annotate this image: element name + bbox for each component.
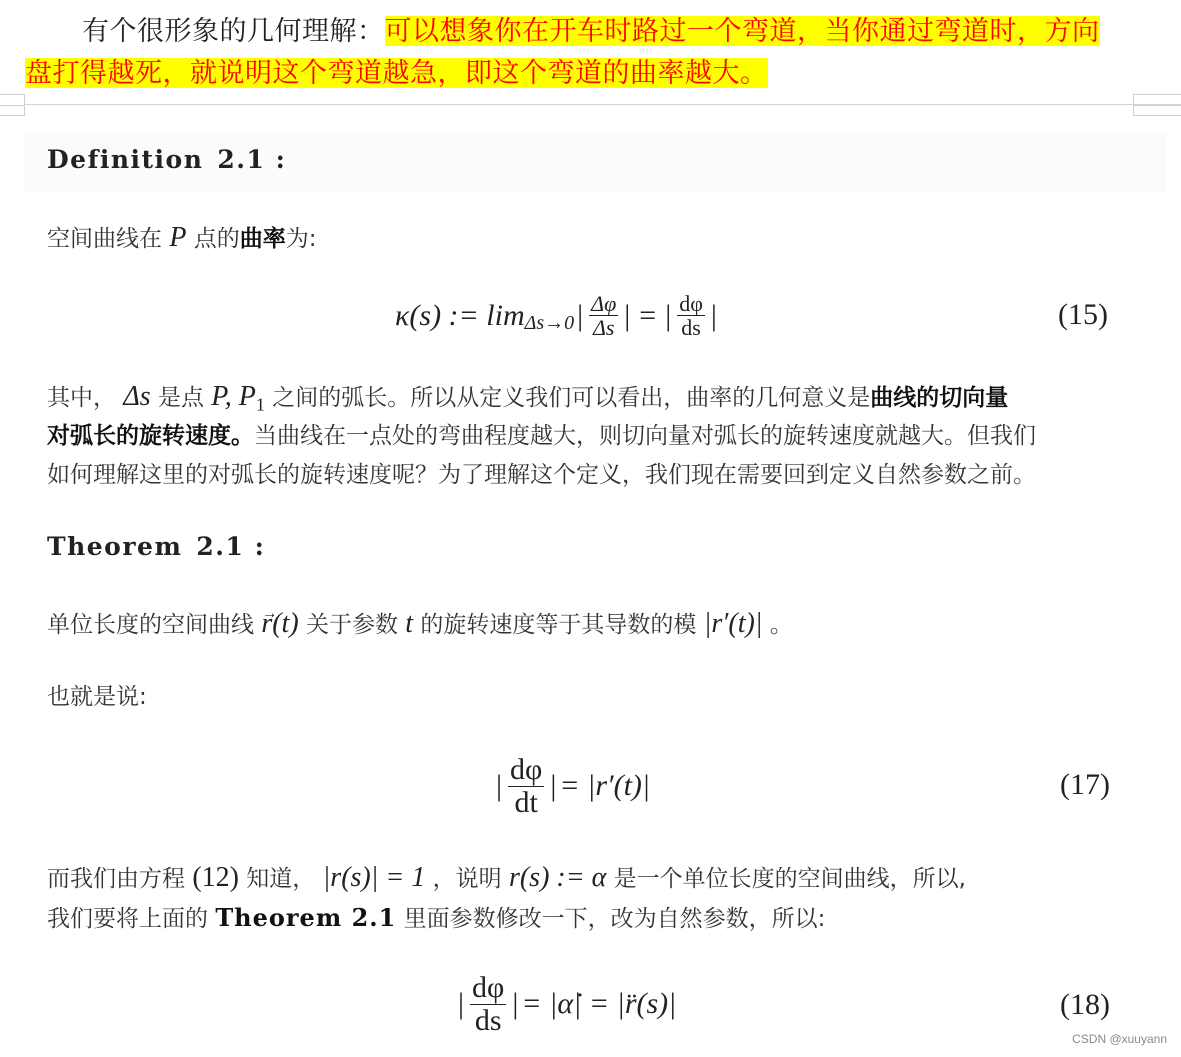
text: 里面参数修改一下，改为自然参数，所以: xyxy=(404,906,826,932)
math-expr: |r(s)| = 1 xyxy=(323,862,426,893)
frac-den: ds xyxy=(679,316,703,339)
equation-number-17: (17) xyxy=(1060,768,1110,802)
math-expr: r(t) xyxy=(261,608,298,639)
theorem-title: Theorem xyxy=(47,532,182,561)
math-expr: |r′(t)| xyxy=(704,608,763,639)
bold-term: 曲线的切向量 xyxy=(870,385,1008,411)
fraction: dφ ds xyxy=(470,972,506,1036)
text: 是一个单位长度的空间曲线，所以, xyxy=(614,866,966,892)
note-lead: 有个很形象的几何理解： xyxy=(82,16,385,46)
eq-rhs: = |r′(t)| xyxy=(559,769,650,803)
abs-bar: | xyxy=(512,987,518,1021)
margin-mark-left xyxy=(0,94,25,116)
bold-term: 曲率 xyxy=(240,226,286,252)
abs-bar: | xyxy=(458,987,464,1021)
frac-den: Δs xyxy=(591,316,616,339)
text: 当曲线在一点处的弯曲程度越大，则切向量对弧长的旋转速度就越大。但我们 xyxy=(254,423,1036,449)
eq-sign: = xyxy=(639,299,656,333)
text: 其中， xyxy=(47,385,116,411)
text: 也就是说: xyxy=(47,684,147,710)
math-sub: 1 xyxy=(256,394,265,414)
text: 之间的弧长。所以从定义我们可以看出，曲率的几何意义是 xyxy=(272,385,870,411)
eq-sub: Δs→0 xyxy=(525,312,575,335)
note-line-2: 盘打得越死，就说明这个弯道越急，即这个弯道的曲率越大。 xyxy=(25,56,768,90)
explanation-line-2: 对弧长的旋转速度。当曲线在一点处的弯曲程度越大，则切向量对弧长的旋转速度就越大。… xyxy=(47,417,1036,457)
followup-line-2: 我们要将上面的 Theorem 2.1 里面参数修改一下，改为自然参数，所以: xyxy=(47,898,825,940)
math-text: P, P xyxy=(211,381,256,412)
abs-bar: | xyxy=(624,299,630,333)
math-norm: r′(t) xyxy=(711,608,754,639)
theorem-statement: 单位长度的空间曲线 r(t) 关于参数 t 的旋转速度等于其导数的模 |r′(t… xyxy=(47,604,793,646)
math-var: Δs xyxy=(123,381,150,412)
eq-rhs: r̈(s)| xyxy=(625,987,677,1021)
frac-num: dφ xyxy=(677,292,705,316)
text: 如何理解这里的对弧长的旋转速度呢？为了理解这个定义，我们现在需要回到定义自然参数… xyxy=(47,462,1036,488)
frac-num: Δφ xyxy=(589,292,618,316)
text: 知道， xyxy=(246,866,315,892)
text: 而我们由方程 xyxy=(47,866,185,892)
equation-number-15: (15) xyxy=(1058,298,1108,332)
frac-den: ds xyxy=(473,1005,504,1037)
note-highlight-1: 可以想象你在开车时路过一个弯道，当你通过弯道时，方向 xyxy=(385,16,1100,46)
abs-bar: | xyxy=(577,299,583,333)
text: 空间曲线在 xyxy=(47,226,162,252)
frac-num: dφ xyxy=(508,754,544,787)
definition-title: Definition xyxy=(47,145,203,174)
math-expr: r(s) := α xyxy=(509,862,606,893)
bold-term: 对弧长的旋转速度。 xyxy=(47,423,254,449)
note-line-1: 有个很形象的几何理解：可以想象你在开车时路过一个弯道，当你通过弯道时，方向 xyxy=(82,14,1100,48)
vector-r: r xyxy=(261,604,272,644)
note-highlight-2: 盘打得越死，就说明这个弯道越急，即这个弯道的曲率越大。 xyxy=(25,58,768,88)
text: ，说明 xyxy=(433,866,502,892)
fraction: dφ ds xyxy=(677,292,705,339)
text: 关于参数 xyxy=(306,612,398,638)
math-var: P xyxy=(169,222,186,253)
abs-bar: | xyxy=(711,299,717,333)
page-divider xyxy=(25,104,1181,105)
text: 是点 xyxy=(158,385,204,411)
eq-lhs: κ(s) := lim xyxy=(395,299,525,333)
equation-ref: (12) xyxy=(192,862,239,893)
text: 为: xyxy=(286,226,317,252)
eq-rhs: = |α̇| = | xyxy=(521,987,624,1021)
text: 单位长度的空间曲线 xyxy=(47,612,254,638)
math-var: P, P1 xyxy=(211,381,265,412)
math-var: t xyxy=(405,608,413,639)
abs-bar: | xyxy=(665,299,671,333)
text: 。 xyxy=(770,612,793,638)
fraction: Δφ Δs xyxy=(589,292,618,339)
theorem-heading: Theorem2.1 : xyxy=(47,532,265,561)
text: 我们要将上面的 xyxy=(47,906,208,932)
margin-mark-right xyxy=(1133,94,1181,116)
theorem-number: 2.1 : xyxy=(196,532,265,561)
text: 的旋转速度等于其导数的模 xyxy=(420,612,696,638)
abs-bar: | xyxy=(550,769,556,803)
fraction: dφ dt xyxy=(508,754,544,818)
theorem-also: 也就是说: xyxy=(47,678,147,718)
definition-heading: Definition2.1 : xyxy=(47,145,286,174)
watermark: CSDN @xuuyann xyxy=(1072,1032,1167,1046)
explanation-line-3: 如何理解这里的对弧长的旋转速度呢？为了理解这个定义，我们现在需要回到定义自然参数… xyxy=(47,456,1036,496)
equation-15: κ(s) := lim Δs→0 | Δφ Δs | = | dφ ds | xyxy=(395,292,720,339)
equation-18: | dφ ds | = |α̇| = |r̈(s)| xyxy=(455,972,676,1036)
equation-17: | dφ dt | = |r′(t)| xyxy=(493,754,650,818)
definition-number: 2.1 : xyxy=(217,145,286,174)
text: 点的 xyxy=(194,226,240,252)
definition-intro: 空间曲线在 P 点的曲率为: xyxy=(47,218,316,260)
abs-bar: | xyxy=(496,769,502,803)
frac-num: dφ xyxy=(470,972,506,1005)
frac-den: dt xyxy=(513,787,540,819)
followup-line-1: 而我们由方程 (12) 知道， |r(s)| = 1 ，说明 r(s) := α… xyxy=(47,858,966,900)
theorem-ref: Theorem 2.1 xyxy=(215,903,396,932)
equation-number-18: (18) xyxy=(1060,988,1110,1022)
